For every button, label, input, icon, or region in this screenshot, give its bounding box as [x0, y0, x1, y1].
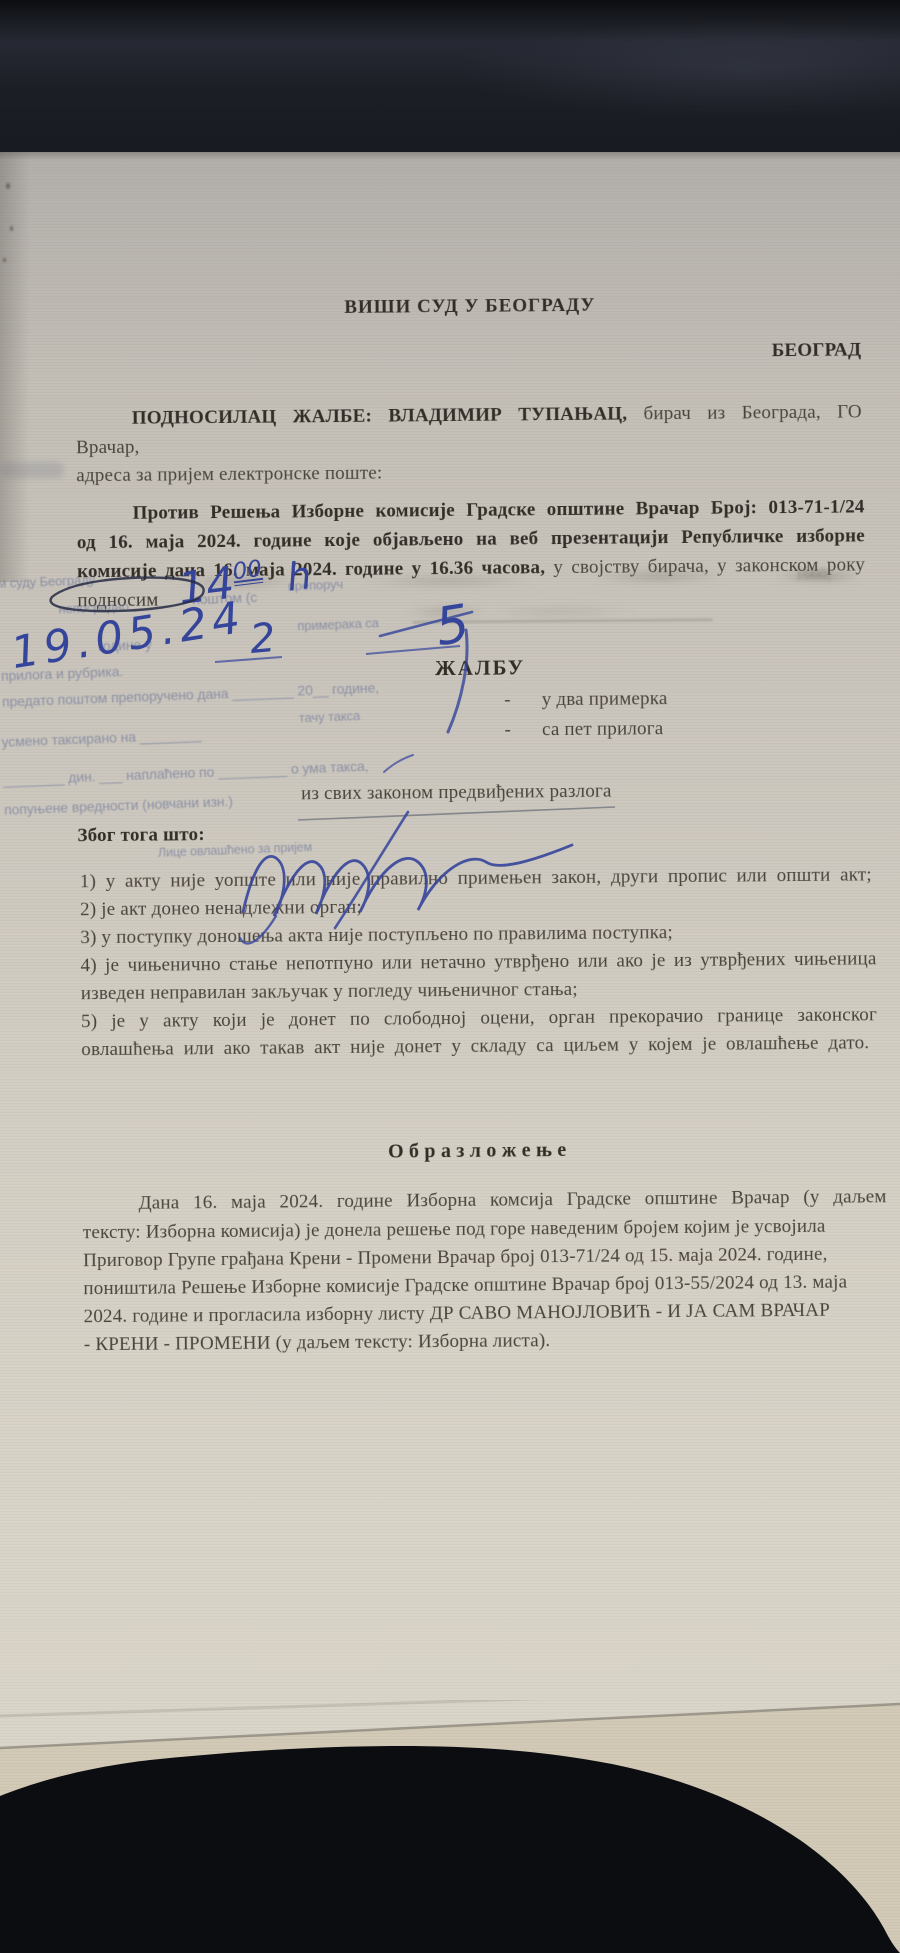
- signature-cross-stroke: [335, 812, 408, 928]
- underline-stroke: [366, 646, 460, 654]
- oval-circle-stroke: [51, 578, 204, 611]
- pen-line: [298, 807, 615, 820]
- pen-strokes: [0, 0, 900, 1953]
- signature-tail: [240, 916, 276, 943]
- document-photo: ВИШИ СУД У БЕОГРАДУ БЕОГРАД ПОДНОСИЛАЦ Ж…: [0, 0, 900, 1953]
- paper-edge-highlight: [0, 1700, 560, 1716]
- underline-stroke: [215, 657, 282, 662]
- signature-scribble: [243, 845, 572, 916]
- flourish-stroke: [380, 612, 472, 636]
- handwriting-layer: 1400h 19.05.24 2 5: [0, 0, 900, 1953]
- check-stroke: [384, 755, 413, 772]
- photo-bottom-region: [0, 1700, 900, 1953]
